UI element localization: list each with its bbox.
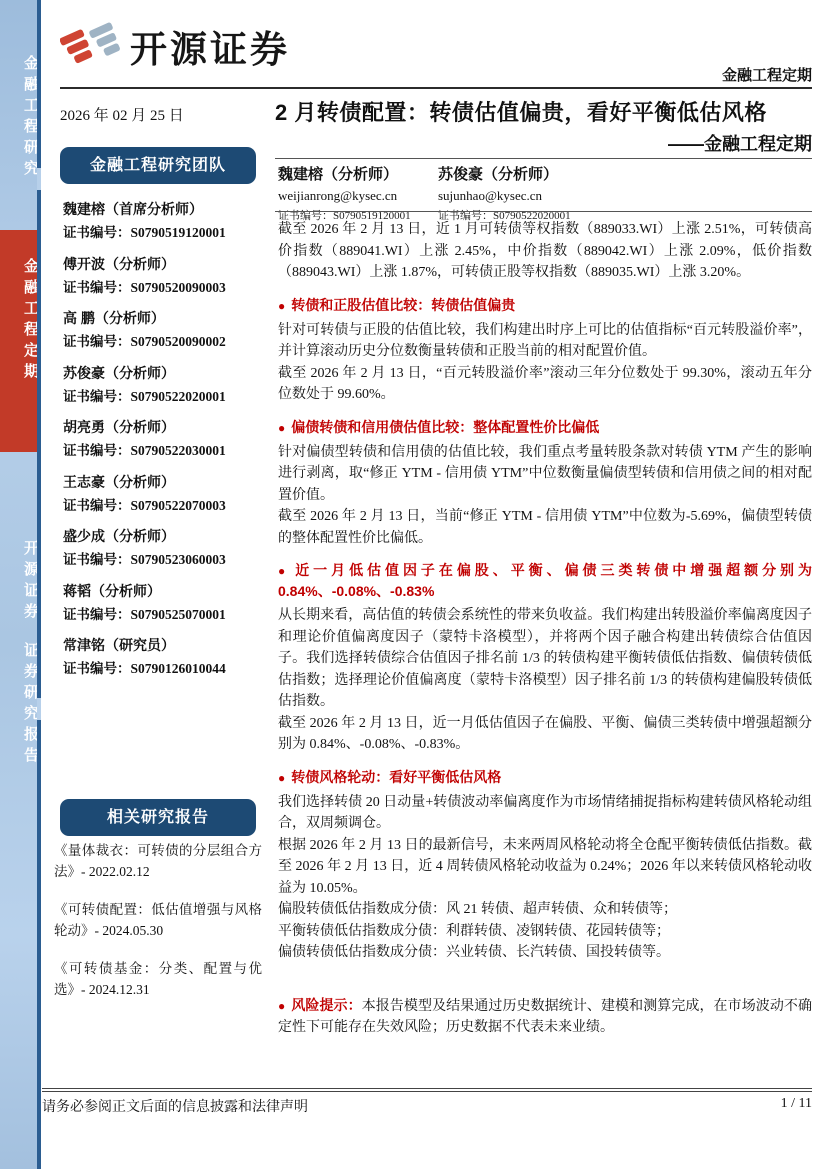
paragraph: 平衡转债低估指数成分债：利群转债、凌钢转债、花园转债等； [278,921,812,943]
reports-panel-title: 相关研究报告 [60,799,256,836]
paragraph: 我们选择转债 20 日动量+转债波动率偏离度作为市场情绪捕捉指标构建转债风格轮动… [278,792,812,835]
team-member: 高 鹏（分析师）证书编号：S0790520090002 [63,307,273,353]
sidebar-edge-notch [37,698,41,720]
team-member: 常津铭（研究员）证书编号：S0790126010044 [63,634,273,680]
footer-disclaimer: 请务必参阅正文后面的信息披露和法律声明 [42,1096,308,1116]
sidebar-edge-notch [37,168,41,190]
sidebar: 金融工程研究 金融工程定期 开源证券 证券研究报告 [0,0,41,1169]
bullet-icon: ● [278,421,285,435]
page-number: 1 / 11 [781,1096,812,1116]
header-rule [60,87,812,89]
footer-rule [42,1088,812,1092]
team-member: 魏建榕（首席分析师）证书编号：S0790519120001 [63,198,273,244]
sidebar-bottom-label-1: 开源证券 [0,540,41,624]
intro-paragraph: 截至 2026 年 2 月 13 日，近 1 月可转债等权指数（889033.W… [278,219,812,284]
bullet-icon: ● [278,299,285,313]
report-link[interactable]: 《可转债配置：低估值增强与风格轮动》- 2024.05.30 [54,899,262,941]
footer: 请务必参阅正文后面的信息披露和法律声明 1 / 11 [42,1096,812,1116]
bullet-icon: ● [278,564,289,578]
paragraph: 截至 2026 年 2 月 13 日，当前“修正 YTM - 信用债 YTM”中… [278,506,812,549]
title-rule [275,158,812,159]
section-heading: ●近一月低估值因子在偏股、平衡、偏债三类转债中增强超额分别为 0.84%、-0.… [278,560,812,601]
team-list: 魏建榕（首席分析师）证书编号：S0790519120001 傅开波（分析师）证书… [63,198,273,689]
paragraph: 截至 2026 年 2 月 13 日，近一月低估值因子在偏股、平衡、偏债三类转债… [278,713,812,756]
sidebar-top-label: 金融工程研究 [0,55,41,181]
report-subtitle: ——金融工程定期 [668,130,812,156]
section-heading: ●转债风格轮动：看好平衡低估风格 [278,767,812,788]
report-category-label: 金融工程定期 [722,64,812,85]
reports-list: 《量体裁衣：可转债的分层组合方法》- 2022.02.12 《可转债配置：低估值… [54,840,262,1017]
team-member: 苏俊豪（分析师）证书编号：S0790522020001 [63,362,273,408]
section-heading: ●偏债转债和信用债估值比较：整体配置性价比偏低 [278,417,812,438]
sidebar-red-block: 金融工程定期 [0,230,41,452]
bullet-icon: ● [278,771,285,785]
summary-body: 截至 2026 年 2 月 13 日，近 1 月可转债等权指数（889033.W… [278,219,812,1039]
bullet-icon: ● [278,999,285,1013]
report-page: 金融工程研究 金融工程定期 开源证券 证券研究报告 [0,0,826,1169]
team-member: 胡亮勇（分析师）证书编号：S0790522030001 [63,416,273,462]
team-member: 傅开波（分析师）证书编号：S0790520090003 [63,253,273,299]
paragraph: 针对可转债与正股的估值比较，我们构建出时序上可比的估值指标“百元转股溢价率”，并… [278,320,812,363]
paragraph: 偏股转债低估指数成分债：风 21 转债、超声转债、众和转债等； [278,899,812,921]
team-member: 蒋韬（分析师）证书编号：S0790525070001 [63,580,273,626]
sidebar-middle-label: 金融工程定期 [0,258,41,384]
report-link[interactable]: 《量体裁衣：可转债的分层组合方法》- 2022.02.12 [54,840,262,882]
byline-rule [275,211,812,212]
team-member: 王志豪（分析师）证书编号：S0790522070003 [63,471,273,517]
sidebar-bottom-label-2: 证券研究报告 [0,642,41,768]
header-logo: 开源证券 [60,14,290,78]
byline-analyst: 苏俊豪（分析师） sujunhao@kysec.cn 证书编号：S0790522… [438,163,668,223]
section-heading: ●转债和正股估值比较：转债估值偏贵 [278,295,812,316]
kysec-logo-icon [60,17,124,75]
paragraph: 针对偏债型转债和信用债的估值比较，我们重点考量转股条款对转债 YTM 产生的影响… [278,442,812,507]
analyst-name: 苏俊豪（分析师） [438,163,668,184]
section-valuation-equity: ●转债和正股估值比较：转债估值偏贵 针对可转债与正股的估值比较，我们构建出时序上… [278,295,812,406]
section-style-rotation: ●转债风格轮动：看好平衡低估风格 我们选择转债 20 日动量+转债波动率偏离度作… [278,767,812,964]
risk-warning: ●风险提示：本报告模型及结果通过历史数据统计、建模和测算完成，在市场波动不确定性… [278,995,812,1039]
report-date: 2026 年 02 月 25 日 [60,104,184,125]
risk-label: 风险提示： [291,997,361,1013]
paragraph: 根据 2026 年 2 月 13 日的最新信号，未来两周风格轮动将全仓配平衡转债… [278,835,812,900]
report-title: 2 月转债配置：转债估值偏贵，看好平衡低估风格 [275,96,812,127]
paragraph: 从长期来看，高估值的转债会系统性的带来负收益。我们构建出转股溢价率偏离度因子和理… [278,605,812,713]
section-low-valuation-factor: ●近一月低估值因子在偏股、平衡、偏债三类转债中增强超额分别为 0.84%、-0.… [278,560,812,756]
analyst-email: sujunhao@kysec.cn [438,188,668,204]
report-link[interactable]: 《可转债基金：分类、配置与优选》- 2024.12.31 [54,958,262,1000]
brand-name: 开源证券 [130,19,290,73]
section-valuation-credit: ●偏债转债和信用债估值比较：整体配置性价比偏低 针对偏债型转债和信用债的估值比较… [278,417,812,550]
paragraph: 偏债转债低估指数成分债：兴业转债、长汽转债、国投转债等。 [278,942,812,964]
team-member: 盛少成（分析师）证书编号：S0790523060003 [63,525,273,571]
team-panel-title: 金融工程研究团队 [60,147,256,184]
paragraph: 截至 2026 年 2 月 13 日，“百元转股溢价率”滚动三年分位数处于 99… [278,363,812,406]
content-area: 开源证券 金融工程定期 2026 年 02 月 25 日 2 月转债配置：转债估… [60,0,812,1169]
